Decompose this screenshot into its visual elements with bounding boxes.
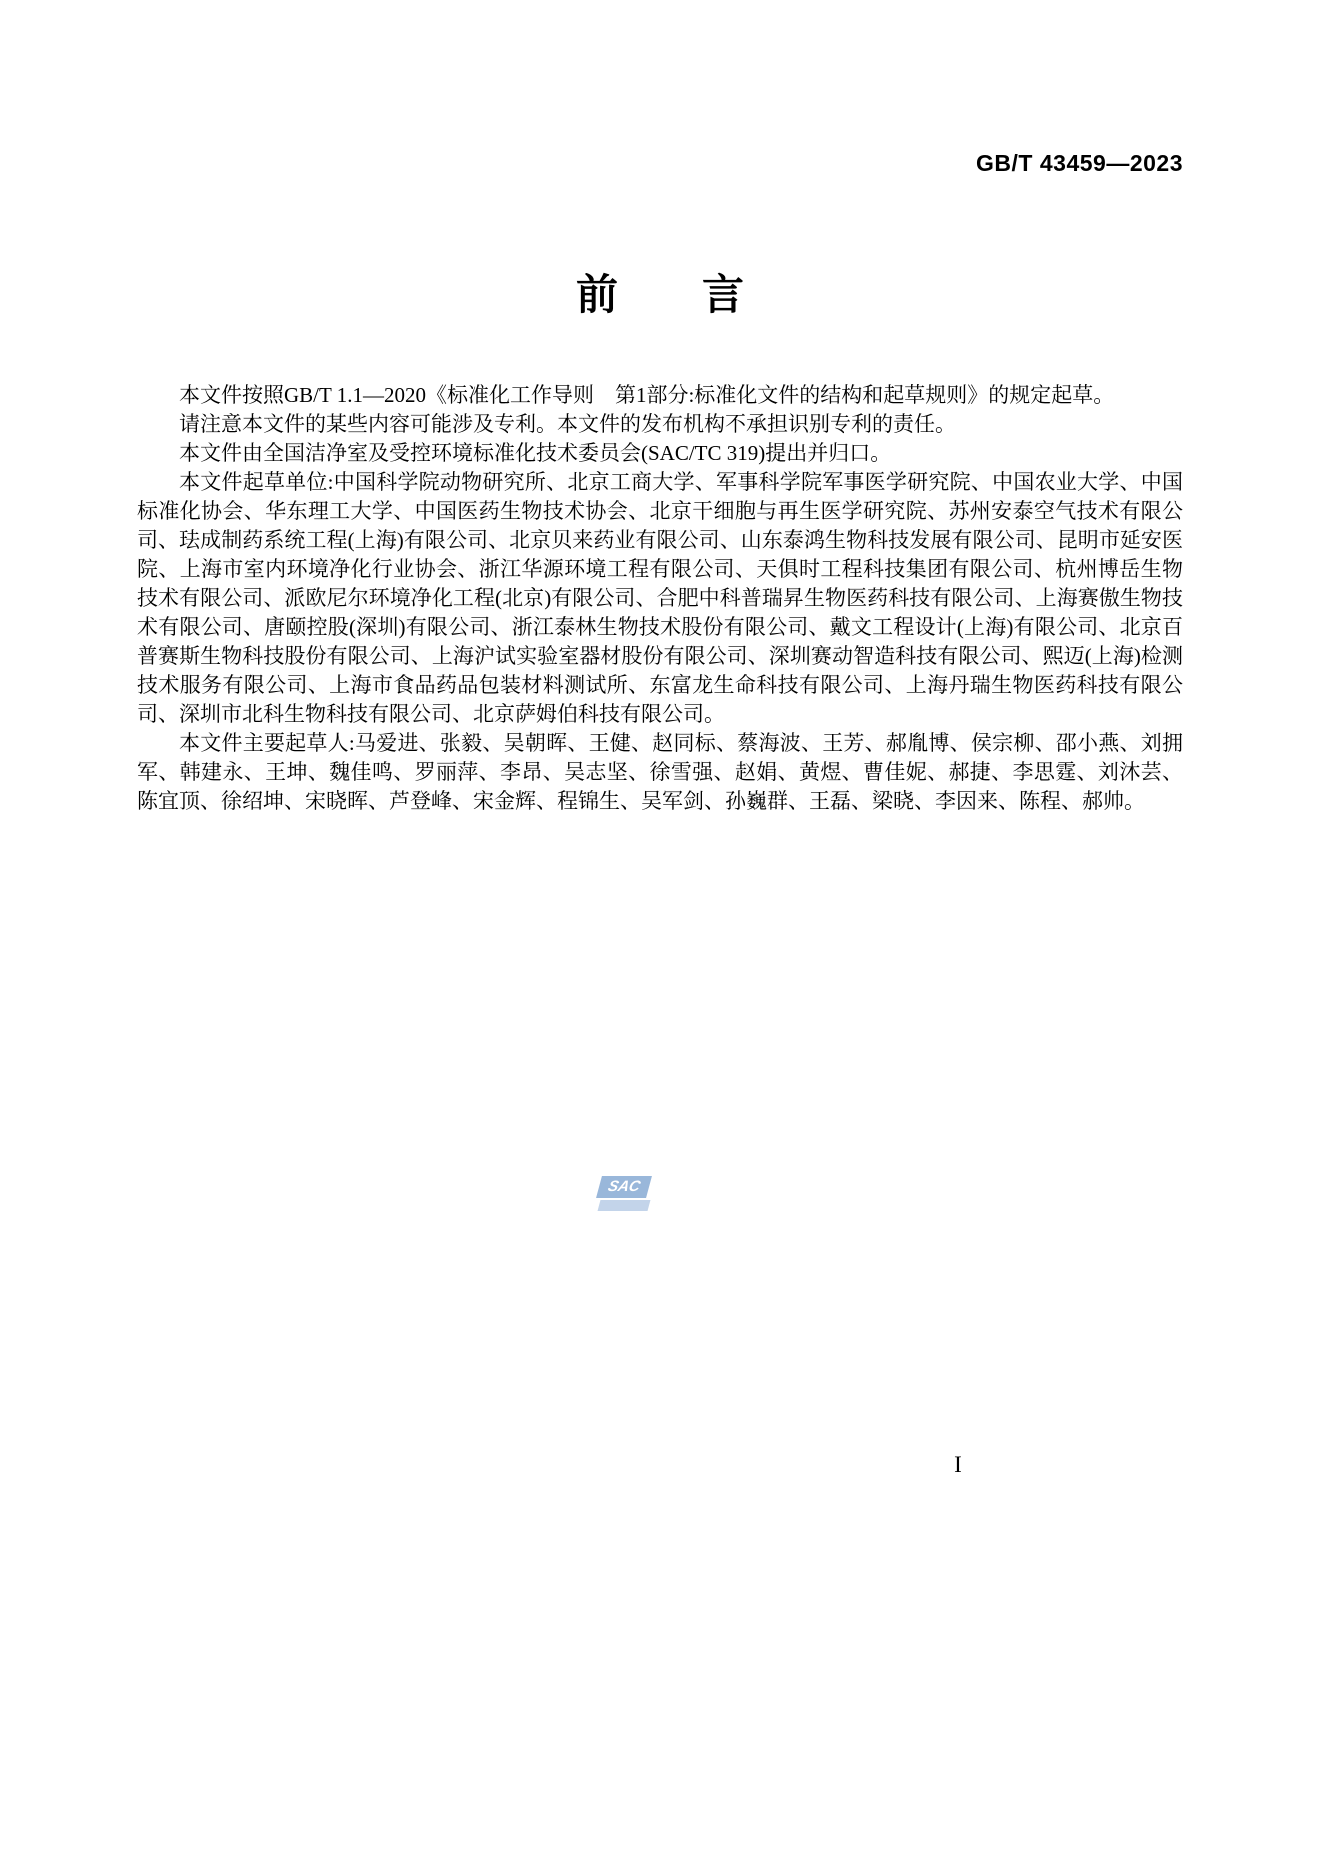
paragraph-drafting-organizations: 本文件起草单位:中国科学院动物研究所、北京工商大学、军事科学院军事医学研究院、中… — [137, 468, 1183, 729]
standard-doc-number: GB/T 43459—2023 — [137, 150, 1183, 177]
paragraph-main-drafters: 本文件主要起草人:马爱进、张毅、吴朝晖、王健、赵同标、蔡海波、王芳、郝胤博、侯宗… — [137, 729, 1183, 816]
sac-watermark-text: SAC — [596, 1176, 652, 1198]
paragraph-proposing-committee: 本文件由全国洁净室及受控环境标准化技术委员会(SAC/TC 319)提出并归口。 — [137, 439, 1183, 468]
paragraph-patent-notice: 请注意本文件的某些内容可能涉及专利。本文件的发布机构不承担识别专利的责任。 — [137, 410, 1183, 439]
foreword-body: 本文件按照GB/T 1.1—2020《标准化工作导则 第1部分:标准化文件的结构… — [137, 381, 1183, 816]
sac-watermark-logo: SAC — [599, 1176, 649, 1216]
paragraph-drafting-basis: 本文件按照GB/T 1.1—2020《标准化工作导则 第1部分:标准化文件的结构… — [137, 381, 1183, 410]
document-page: GB/T 43459—2023 前 言 本文件按照GB/T 1.1—2020《标… — [0, 0, 1323, 1871]
page-number: I — [938, 1452, 978, 1478]
foreword-title: 前 言 — [137, 262, 1183, 322]
sac-watermark-underline — [598, 1200, 651, 1211]
